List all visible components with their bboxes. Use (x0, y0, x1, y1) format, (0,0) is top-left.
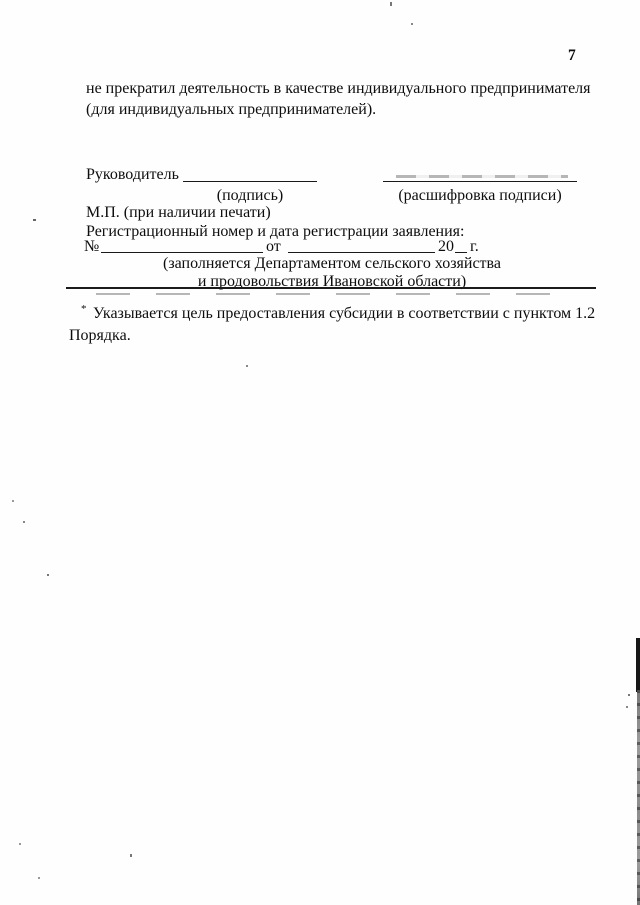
scan-speck (130, 854, 132, 857)
signature-label: Руководитель (86, 165, 179, 185)
scan-artifact-bar (637, 690, 640, 905)
scan-speck (33, 219, 36, 221)
scan-rule-shadow (96, 293, 564, 295)
scan-smear (396, 175, 568, 178)
scan-speck (628, 694, 630, 696)
scan-speck (47, 574, 49, 576)
scan-artifact-bar (636, 638, 640, 692)
scan-speck (19, 843, 21, 845)
footnote-line-1: Указывается цель предоставления субсидии… (93, 304, 577, 324)
registration-date-blank (288, 238, 435, 253)
registration-year-blank (455, 238, 467, 253)
signature-blank (183, 167, 317, 182)
scan-speck (626, 706, 628, 708)
signature-decipher-caption: (расшифровка подписи) (383, 186, 577, 206)
page-number: 7 (568, 47, 576, 65)
registration-number-blank (101, 238, 263, 253)
scan-speck (38, 877, 40, 879)
footnote-separator-rule (66, 287, 596, 289)
stamp-note: М.П. (при наличии печати) (86, 203, 271, 223)
footnote-marker: * (81, 299, 87, 319)
scan-speck (12, 500, 14, 502)
paragraph-line-1: не прекратил деятельность в качестве инд… (86, 79, 579, 99)
scan-speck (23, 521, 25, 523)
scanned-document-page: 7 не прекратил деятельность в качестве и… (0, 0, 640, 905)
department-note-line-1: (заполняется Департаментом сельского хоз… (86, 254, 578, 274)
scan-speck (411, 23, 413, 25)
scan-speck (246, 365, 248, 367)
footnote-line-2: Порядка. (69, 326, 131, 346)
scan-speck (390, 2, 392, 6)
paragraph-line-2: (для индивидуальных предпринимателей). (86, 100, 376, 120)
